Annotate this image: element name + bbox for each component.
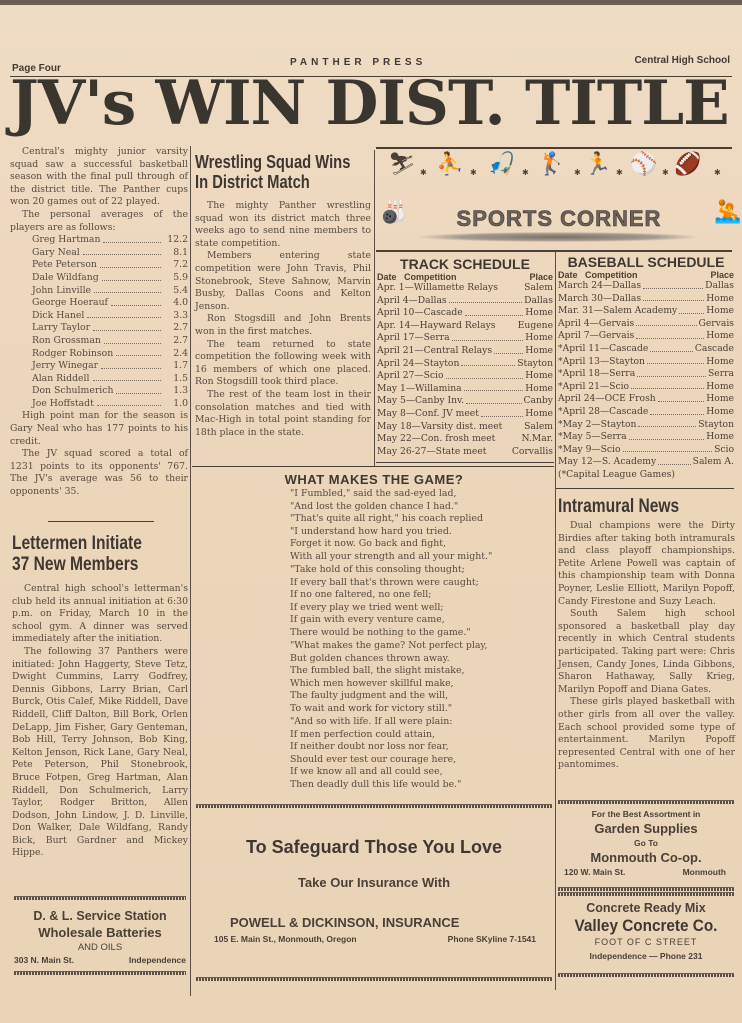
schedule-place: Home: [525, 408, 553, 421]
leader-dots: [650, 343, 692, 352]
ad-insurance-company: POWELL & DICKINSON, INSURANCE: [196, 914, 552, 932]
sports-corner-graphic: ⛷ ✱ ⛹ ✱ 🎣 ✱ 🏌 ✱ 🏃 ✱ ⚾ ✱ 🏈 ✱ 🎳 🤽 SPORTS C…: [378, 148, 740, 248]
player-average-row: John Linville5.4: [32, 285, 188, 298]
poem-line: "That's quite all right," his coach repl…: [290, 513, 552, 526]
schedule-row: April 27—ScioHome: [377, 370, 553, 383]
star-icon: ✱: [470, 168, 477, 177]
player-name: Rodger Robinson: [32, 348, 113, 361]
football-player-icon: 🏈: [674, 152, 701, 177]
ad-concrete-location: FOOT OF C STREET: [558, 936, 734, 949]
lettermen-story: Lettermen Initiate 37 New Members: [12, 533, 190, 575]
schedule-place: Home: [525, 383, 553, 396]
schedule-row: April 10—CascadeHome: [377, 307, 553, 320]
schedule-place: Home: [525, 345, 553, 358]
player-average: 5.4: [164, 285, 188, 298]
player-average-row: Greg Hartman12.2: [32, 234, 188, 247]
player-average: 1.7: [164, 360, 188, 373]
schedule-place: Eugene: [518, 320, 553, 333]
leader-dots: [638, 419, 696, 428]
ad-coop-town: Monmouth: [683, 866, 726, 878]
ad-dl-address: 303 N. Main St.: [14, 954, 74, 967]
ad-border: [558, 800, 734, 804]
ad-monmouth-coop: For the Best Assortment in Garden Suppli…: [558, 808, 734, 878]
player-name: Pete Peterson: [32, 259, 97, 272]
wrestling-paragraph: Members entering state competition were …: [195, 250, 371, 313]
schedule-event: *April 18—Serra: [558, 368, 635, 381]
schedule-place: Canby: [524, 395, 554, 408]
schedule-event: *May 2—Stayton: [558, 419, 636, 432]
ad-border: [196, 977, 552, 981]
schedule-row: April 4—GervaisGervais: [558, 318, 734, 331]
wrestling-paragraph: Ron Stogsdill and John Brents won in the…: [195, 313, 371, 338]
lettermen-headline-line2: 37 New Members: [12, 554, 158, 575]
wrestling-paragraph: The team returned to state competition t…: [195, 339, 371, 389]
leader-dots: [87, 310, 161, 319]
leader-dots: [494, 345, 523, 354]
player-average: 1.3: [164, 385, 188, 398]
schedule-event: May 8—Conf. JV meet: [377, 408, 479, 421]
schedule-place: Salem A.: [693, 456, 734, 469]
wrestling-paragraph: The mighty Panther wrestling squad won i…: [195, 200, 371, 250]
schedule-row: Apr. 14—Hayward RelaysEugene: [377, 320, 553, 333]
schedule-place: Salem: [524, 421, 553, 434]
schedule-event: *April 28—Cascade: [558, 406, 648, 419]
schedule-place: N.Mar.: [521, 433, 553, 446]
poem-line: Should ever test our courage here,: [290, 754, 552, 767]
schedule-place: Home: [706, 356, 734, 369]
player-average: 2.7: [164, 322, 188, 335]
ad-dl-line2: Wholesale Batteries: [12, 924, 188, 941]
poem-stanza: "And so with life. If all were plain:If …: [290, 716, 552, 791]
ad-border: [558, 973, 734, 977]
leader-dots: [461, 358, 515, 367]
leader-dots: [623, 444, 713, 453]
jv-paragraph: The personal averages of the players are…: [10, 209, 188, 234]
player-average-row: Jerry Winegar1.7: [32, 360, 188, 373]
poem-line: The faulty judgment and the will,: [290, 690, 552, 703]
schedule-event: April 17—Serra: [377, 332, 450, 345]
leader-dots: [647, 356, 704, 365]
poem-line: "Take hold of this consoling thought;: [290, 564, 552, 577]
player-average-row: George Hoerauf4.0: [32, 297, 188, 310]
track-bottom-rule: [376, 462, 554, 463]
col-competition: Competition: [585, 270, 638, 280]
poem-line: If no one faltered, no one fell;: [290, 589, 552, 602]
ad-border: [14, 971, 186, 975]
column-divider: [555, 250, 556, 990]
leader-dots: [94, 285, 161, 294]
schedule-row: April 7—GervaisHome: [558, 330, 734, 343]
track-schedule-rows: Apr. 1—Willamette RelaysSalemApril 4—Dal…: [377, 282, 553, 458]
schedule-row: May 8—Conf. JV meetHome: [377, 408, 553, 421]
leader-dots: [643, 280, 703, 289]
schedule-place: Dallas: [705, 280, 734, 293]
star-icon: ✱: [420, 168, 427, 177]
schedule-event: April 27—Scio: [377, 370, 444, 383]
schedule-event: April 24—OCE Frosh: [558, 393, 656, 406]
poem-line: "What makes the game? Not perfect play,: [290, 640, 552, 653]
schedule-event: *May 5—Serra: [558, 431, 627, 444]
leader-dots: [466, 395, 521, 404]
ad-dl-service-station: D. & L. Service Station Wholesale Batter…: [12, 908, 188, 967]
column-divider: [374, 150, 375, 466]
schedule-row: *May 5—SerraHome: [558, 431, 734, 444]
star-icon: ✱: [574, 168, 581, 177]
leader-dots: [93, 373, 162, 382]
poem-line: "I understand how hard you tried.: [290, 526, 552, 539]
poem-line: If gain with every venture came,: [290, 614, 552, 627]
intramural-paragraph: These girls played basketball with other…: [558, 696, 735, 772]
schedule-place: Gervais: [699, 318, 735, 331]
intramural-body: Dual champions were the Dirty Birdies af…: [558, 520, 735, 772]
schedule-event: *April 11—Cascade: [558, 343, 648, 356]
track-schedule-header: Date Competition Place: [377, 272, 553, 282]
golfer-icon: 🏌: [538, 152, 565, 177]
schedule-row: Apr. 1—Willamette RelaysSalem: [377, 282, 553, 295]
leader-dots: [97, 398, 161, 407]
ad-border: [196, 804, 552, 808]
poem-line: "And lost the golden chance I had.": [290, 501, 552, 514]
schedule-event: April 4—Gervais: [558, 318, 634, 331]
schedule-event: May 22—Con. frosh meet: [377, 433, 495, 446]
schedule-event: March 24—Dallas: [558, 280, 641, 293]
schedule-event: May 5—Canby Inv.: [377, 395, 464, 408]
player-average-row: Don Schulmerich1.3: [32, 385, 188, 398]
star-icon: ✱: [714, 168, 721, 177]
poem-line: If every play we tried went well;: [290, 602, 552, 615]
schedule-place: Corvallis: [512, 446, 553, 459]
ad-dl-town: Independence: [129, 954, 186, 967]
player-average: 7.2: [164, 259, 188, 272]
ad-coop-intro: For the Best Assortment in: [558, 808, 734, 821]
schedule-place: Serra: [708, 368, 734, 381]
schedule-place: Home: [706, 381, 734, 394]
poem-line: If every ball that's thrown were caught;: [290, 577, 552, 590]
player-name: Don Schulmerich: [32, 385, 113, 398]
schedule-row: *April 21—ScioHome: [558, 381, 734, 394]
player-name: Ron Grossman: [32, 335, 101, 348]
player-name: Gary Neal: [32, 247, 80, 260]
player-average-row: Gary Neal8.1: [32, 247, 188, 260]
leader-dots: [83, 247, 161, 256]
player-name: Greg Hartman: [32, 234, 100, 247]
player-average: 2.7: [164, 335, 188, 348]
player-average-row: Alan Riddell1.5: [32, 373, 188, 386]
skier-icon: ⛷: [388, 152, 416, 177]
player-average: 12.2: [164, 234, 188, 247]
ad-coop-goto: Go To: [558, 837, 734, 849]
player-average-row: Dale Wildfang5.9: [32, 272, 188, 285]
schedule-place: Home: [706, 406, 734, 419]
ad-border: [14, 896, 186, 900]
bowler-icon: 🎳: [380, 200, 407, 225]
schedule-place: Home: [706, 393, 734, 406]
poem-stanza: "What makes the game? Not perfect play,B…: [290, 640, 552, 715]
poem-line: Then deadly dull this life would be.": [290, 779, 552, 792]
schedule-place: Home: [525, 332, 553, 345]
ad-insurance-phone: Phone SKyline 7-1541: [448, 932, 536, 946]
player-average: 2.4: [164, 348, 188, 361]
schedule-place: Stayton: [517, 358, 553, 371]
leader-dots: [93, 322, 161, 331]
schedule-event: *May 9—Scio: [558, 444, 621, 457]
player-average: 1.5: [164, 373, 188, 386]
poem-line: There would be nothing to the game.": [290, 627, 552, 640]
poem-line: "I Fumbled," said the sad-eyed lad,: [290, 488, 552, 501]
player-average-row: Pete Peterson7.2: [32, 259, 188, 272]
leader-dots: [103, 234, 161, 243]
schedule-place: Home: [525, 307, 553, 320]
player-average: 4.0: [164, 297, 188, 310]
wrestling-headline-line2: In District Match: [195, 172, 343, 192]
ad-dl-name: D. & L. Service Station: [12, 908, 188, 924]
baseball-footnote: (*Capital League Games): [558, 469, 734, 482]
schedule-event: Apr. 1—Willamette Relays: [377, 282, 498, 295]
schedule-place: Dallas: [524, 295, 553, 308]
track-schedule-title: TRACK SCHEDULE: [377, 256, 553, 272]
schedule-row: *April 18—SerraSerra: [558, 368, 734, 381]
leader-dots: [631, 381, 704, 390]
column-divider: [190, 146, 191, 996]
schedule-event: April 4—Dallas: [377, 295, 447, 308]
leader-dots: [636, 330, 704, 339]
schedule-row: April 24—OCE FroshHome: [558, 393, 734, 406]
lettermen-headline-line1: Lettermen Initiate: [12, 533, 158, 554]
leader-dots: [636, 318, 696, 327]
col-competition: Competition: [404, 272, 457, 282]
leader-dots: [481, 408, 523, 417]
track-schedule: TRACK SCHEDULE Date Competition Place Ap…: [377, 256, 553, 458]
wrestling-headline-line1: Wrestling Squad Wins: [195, 152, 343, 172]
schedule-place: Home: [706, 330, 734, 343]
leader-dots: [102, 272, 161, 281]
sports-corner-title: SPORTS CORNER: [414, 206, 704, 232]
wrestling-paragraph: The rest of the team lost in their conso…: [195, 389, 371, 439]
schedule-row: May 26-27—State meetCorvallis: [377, 446, 553, 459]
player-average-row: Larry Taylor2.7: [32, 322, 188, 335]
schedule-event: *April 21—Scio: [558, 381, 629, 394]
leader-dots: [446, 370, 524, 379]
leader-dots: [100, 259, 161, 268]
lettermen-body: Central high school's letterman's club h…: [12, 583, 188, 860]
jv-story: Central's mighty junior varsity squad sa…: [10, 146, 188, 499]
col-date: Date: [377, 272, 397, 282]
leader-dots: [658, 393, 705, 402]
schedule-row: May 1—WillaminaHome: [377, 383, 553, 396]
schedule-place: Stayton: [698, 419, 734, 432]
schedule-row: March 30—DallasHome: [558, 293, 734, 306]
leader-dots: [104, 335, 161, 344]
leader-dots: [650, 406, 704, 415]
poem-line: "And so with life. If all were plain:: [290, 716, 552, 729]
col-place: Place: [529, 272, 553, 282]
schedule-event: May 18—Varsity dist. meet: [377, 421, 502, 434]
schedule-event: May 12—S. Academy: [558, 456, 656, 469]
schedule-row: April 24—StaytonStayton: [377, 358, 553, 371]
player-average-row: Ron Grossman2.7: [32, 335, 188, 348]
schedule-row: *April 11—CascadeCascade: [558, 343, 734, 356]
schedule-row: May 5—Canby Inv.Canby: [377, 395, 553, 408]
schedule-place: Home: [706, 305, 734, 318]
intramural-paragraph: South Salem high school sponsored a bask…: [558, 608, 735, 696]
schedule-row: March 24—DallasDallas: [558, 280, 734, 293]
schedule-place: Salem: [524, 282, 553, 295]
ad-insurance-headline: To Safeguard Those You Love: [196, 836, 552, 858]
schedule-row: *April 13—StaytonHome: [558, 356, 734, 369]
schedule-event: *April 13—Stayton: [558, 356, 645, 369]
batter-icon: ⚾: [630, 152, 657, 177]
school-name: Central High School: [634, 55, 730, 66]
player-averages-list: Greg Hartman12.2Gary Neal8.1Pete Peterso…: [10, 234, 188, 410]
leader-dots: [101, 360, 161, 369]
poem-line: If men perfection could attain,: [290, 729, 552, 742]
schedule-event: May 1—Willamina: [377, 383, 462, 396]
poem-line: Forget it now. Go back and fight,: [290, 538, 552, 551]
star-icon: ✱: [616, 168, 623, 177]
schedule-row: April 21—Central RelaysHome: [377, 345, 553, 358]
baseball-schedule-title: BASEBALL SCHEDULE: [558, 254, 734, 270]
player-average-row: Dick Hanel3.3: [32, 310, 188, 323]
player-name: George Hoerauf: [32, 297, 108, 310]
player-name: Joe Hoffstadt: [32, 398, 94, 411]
poem-body: "I Fumbled," said the sad-eyed lad,"And …: [290, 488, 552, 792]
player-average-row: Joe Hoffstadt1.0: [32, 398, 188, 411]
player-name: Dale Wildfang: [32, 272, 99, 285]
baseball-schedule-rows: March 24—DallasDallasMarch 30—DallasHome…: [558, 280, 734, 469]
poem-stanza: "Take hold of this consoling thought;If …: [290, 564, 552, 639]
player-name: Larry Taylor: [32, 322, 90, 335]
leader-dots: [679, 305, 704, 314]
poem-top-rule: [192, 466, 554, 467]
story-separator: [48, 521, 154, 522]
leader-dots: [464, 383, 524, 392]
poem-line: But golden chances thrown away.: [290, 653, 552, 666]
paper-name: PANTHER PRESS: [290, 57, 426, 68]
player-name: Jerry Winegar: [32, 360, 98, 373]
jv-paragraph: Central's mighty junior varsity squad sa…: [10, 146, 188, 209]
player-average: 1.0: [164, 398, 188, 411]
runner-icon: 🏃: [584, 152, 611, 177]
wrestling-story: Wrestling Squad Wins In District Match: [195, 152, 375, 192]
sports-bottom-rule: [376, 250, 732, 252]
diver-icon: 🤽: [714, 200, 741, 225]
schedule-place: Home: [706, 293, 734, 306]
leader-dots: [629, 431, 705, 440]
leader-dots: [111, 297, 161, 306]
ad-insurance: To Safeguard Those You Love Take Our Ins…: [196, 836, 552, 946]
schedule-row: May 18—Varsity dist. meetSalem: [377, 421, 553, 434]
poem-line: The fumbled ball, the slight mistake,: [290, 665, 552, 678]
schedule-event: Mar. 31—Salem Academy: [558, 305, 677, 318]
leader-dots: [452, 332, 524, 341]
player-average: 8.1: [164, 247, 188, 260]
ad-concrete-headline: Concrete Ready Mix: [558, 900, 734, 916]
player-name: Alan Riddell: [32, 373, 90, 386]
star-icon: ✱: [662, 168, 669, 177]
baseball-schedule-header: Date Competition Place: [558, 270, 734, 280]
player-name: Dick Hanel: [32, 310, 84, 323]
schedule-event: April 10—Cascade: [377, 307, 463, 320]
schedule-row: May 12—S. AcademySalem A.: [558, 456, 734, 469]
player-name: John Linville: [32, 285, 91, 298]
basketball-player-icon: ⛹: [436, 152, 463, 177]
ad-concrete-contact: Independence — Phone 231: [558, 949, 734, 963]
schedule-row: April 17—SerraHome: [377, 332, 553, 345]
banner-headline: JV's WIN DIST. TITLE: [10, 72, 732, 136]
leader-dots: [643, 293, 704, 302]
jv-paragraph: High point man for the season is Gary Ne…: [10, 410, 188, 448]
ad-border: [558, 887, 734, 891]
poem-line: If neither doubt nor loss nor fear,: [290, 741, 552, 754]
player-average-row: Rodger Robinson2.4: [32, 348, 188, 361]
ad-dl-line3: AND OILS: [12, 941, 188, 954]
schedule-row: Mar. 31—Salem AcademyHome: [558, 305, 734, 318]
poem-line: Which men however skillful make,: [290, 678, 552, 691]
schedule-event: April 24—Stayton: [377, 358, 459, 371]
baseball-bottom-rule: [556, 488, 734, 489]
leader-dots: [465, 307, 524, 316]
schedule-place: Home: [706, 431, 734, 444]
ad-border: [558, 892, 734, 896]
schedule-place: Home: [525, 370, 553, 383]
swoosh-decoration: [418, 232, 698, 242]
wrestling-body: The mighty Panther wrestling squad won i…: [195, 200, 371, 439]
intramural-headline: Intramural News: [558, 496, 679, 518]
col-place: Place: [710, 270, 734, 280]
schedule-event: March 30—Dallas: [558, 293, 641, 306]
jv-paragraph: The JV squad scored a total of 1231 poin…: [10, 448, 188, 498]
col-date: Date: [558, 270, 578, 280]
ad-coop-product: Garden Supplies: [558, 821, 734, 837]
player-average: 3.3: [164, 310, 188, 323]
leader-dots: [637, 368, 706, 377]
player-average: 5.9: [164, 272, 188, 285]
schedule-place: Scio: [714, 444, 734, 457]
ad-coop-address: 120 W. Main St.: [564, 866, 625, 878]
fisherman-icon: 🎣: [488, 152, 515, 177]
ad-concrete-name: Valley Concrete Co.: [567, 916, 725, 936]
baseball-schedule: BASEBALL SCHEDULE Date Competition Place…: [558, 254, 734, 482]
intramural-paragraph: Dual champions were the Dirty Birdies af…: [558, 520, 735, 608]
ad-insurance-subhead: Take Our Insurance With: [196, 874, 552, 892]
schedule-event: April 21—Central Relays: [377, 345, 492, 358]
ad-coop-name: Monmouth Co-op.: [558, 849, 734, 866]
leader-dots: [116, 385, 161, 394]
schedule-row: May 22—Con. frosh meetN.Mar.: [377, 433, 553, 446]
poem-line: To wait and work for victory still.": [290, 703, 552, 716]
lettermen-paragraph: The following 37 Panthers were initiated…: [12, 646, 188, 860]
poem-title: WHAT MAKES THE GAME?: [195, 472, 553, 487]
schedule-row: April 4—DallasDallas: [377, 295, 553, 308]
poem-stanza: "I Fumbled," said the sad-eyed lad,"And …: [290, 488, 552, 563]
schedule-event: April 7—Gervais: [558, 330, 634, 343]
leader-dots: [658, 456, 690, 465]
schedule-row: *May 2—StaytonStayton: [558, 419, 734, 432]
lettermen-paragraph: Central high school's letterman's club h…: [12, 583, 188, 646]
leader-dots: [116, 348, 161, 357]
schedule-row: *May 9—ScioScio: [558, 444, 734, 457]
leader-dots: [449, 295, 522, 304]
schedule-event: Apr. 14—Hayward Relays: [377, 320, 496, 333]
ad-valley-concrete: Concrete Ready Mix Valley Concrete Co. F…: [558, 900, 734, 963]
poem-line: With all your strength and all your migh…: [290, 551, 552, 564]
star-icon: ✱: [522, 168, 529, 177]
schedule-row: *April 28—CascadeHome: [558, 406, 734, 419]
ad-insurance-address: 105 E. Main St., Monmouth, Oregon: [214, 932, 357, 946]
poem-line: If we know all and all could see,: [290, 766, 552, 779]
schedule-event: May 26-27—State meet: [377, 446, 486, 459]
schedule-place: Cascade: [695, 343, 734, 356]
